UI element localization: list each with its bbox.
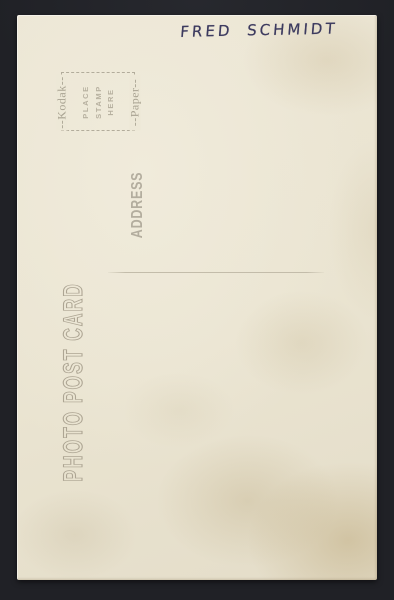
postcard-back: FRED SCHMIDT --Kodak-- PLACE STAMP HERE …: [17, 15, 377, 580]
stamp-box-paper-label: --Paper--: [130, 75, 141, 131]
stamp-box: --Kodak-- PLACE STAMP HERE --Paper--: [61, 72, 135, 131]
scan-background: FRED SCHMIDT --Kodak-- PLACE STAMP HERE …: [0, 0, 394, 600]
address-line: [108, 272, 324, 273]
handwritten-name: FRED SCHMIDT: [179, 19, 356, 49]
photo-post-card-label: PHOTO POST CARD: [55, 257, 91, 507]
address-label: ADDRESS: [130, 176, 146, 238]
stamp-box-kodak-label: --Kodak--: [57, 75, 68, 131]
stamp-box-instructions: PLACE STAMP HERE: [80, 79, 118, 125]
